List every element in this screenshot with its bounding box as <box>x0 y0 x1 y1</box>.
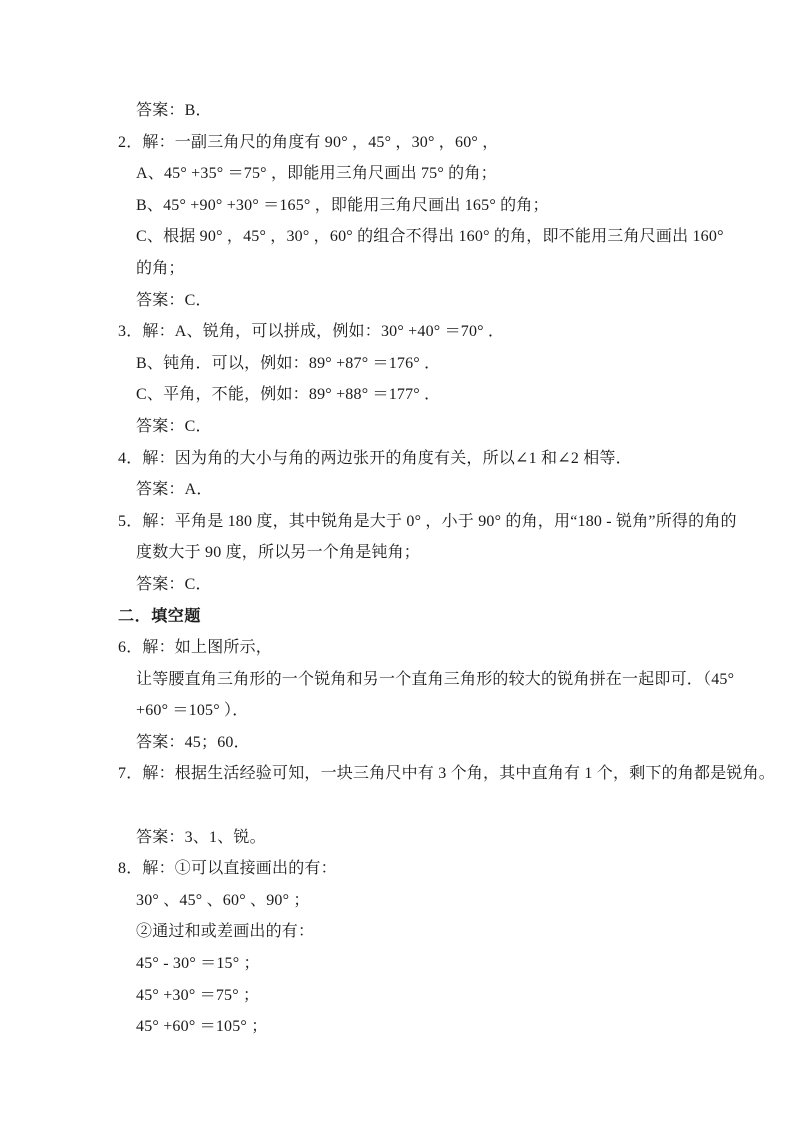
solution-line-q8-sum-diff-intro: ②通过和或差画出的有： <box>0 916 793 948</box>
solution-line-q2-option-b: B、45° +90° +30° ＝165° ，即能用三角尺画出 165° 的角； <box>0 190 793 222</box>
solution-line-q8-intro: 8．解：①可以直接画出的有： <box>0 853 793 885</box>
answer-line-q1: 答案：B． <box>0 95 793 127</box>
answer-line-q7: 答案：3、1、锐。 <box>0 822 793 854</box>
document-content: 答案：B． 2．解：一副三角尺的角度有 90° ，45° ，30° ，60° ，… <box>0 95 793 1043</box>
solution-line-q2-option-c: C、根据 90° ，45° ，30° ，60° 的组合不得出 160° 的角，即… <box>0 221 793 253</box>
solution-line-q5-cont: 度数大于 90 度，所以另一个角是钝角； <box>0 537 793 569</box>
answer-line-q3: 答案：C． <box>0 411 793 443</box>
solution-line-q4: 4．解：因为角的大小与角的两边张开的角度有关，所以∠1 和∠2 相等． <box>0 443 793 475</box>
solution-line-q8-direct-angles: 30° 、45° 、60° 、90° ； <box>0 885 793 917</box>
solution-line-q6-cont1: 让等腰直角三角形的一个锐角和另一个直角三角形的较大的锐角拼在一起即可．（45° <box>0 664 793 696</box>
solution-line-q8-eq3: 45° +60° ＝105° ； <box>0 1011 793 1043</box>
answer-line-q4: 答案：A． <box>0 474 793 506</box>
section-heading-fill-in-blanks: 二．填空题 <box>0 601 793 633</box>
solution-line-q5: 5．解：平角是 180 度，其中锐角是大于 0° ，小于 90° 的角，用“18… <box>0 506 793 538</box>
solution-line-q3-option-c: C、平角，不能，例如：89° +88° ＝177° ． <box>0 379 793 411</box>
solution-line-q2-option-a: A、45° +35° ＝75° ，即能用三角尺画出 75° 的角； <box>0 158 793 190</box>
solution-line-q2-option-c-cont: 的角； <box>0 253 793 285</box>
solution-line-q2-intro: 2．解：一副三角尺的角度有 90° ，45° ，30° ，60° ， <box>0 127 793 159</box>
solution-line-q8-eq2: 45° +30° ＝75° ； <box>0 980 793 1012</box>
solution-line-q6-cont2: +60° ＝105° ）． <box>0 695 793 727</box>
solution-line-q7: 7．解：根据生活经验可知，一块三角尺中有 3 个角，其中直角有 1 个，剩下的角… <box>0 758 793 790</box>
blank-line <box>0 790 793 822</box>
solution-line-q6-intro: 6．解：如上图所示， <box>0 632 793 664</box>
answer-line-q6: 答案：45；60． <box>0 727 793 759</box>
solution-line-q3-option-a: 3．解：A、锐角，可以拼成，例如：30° +40° ＝70° ． <box>0 316 793 348</box>
solution-line-q3-option-b: B、钝角．可以，例如：89° +87° ＝176° ． <box>0 348 793 380</box>
answer-line-q2: 答案：C． <box>0 285 793 317</box>
document-page: 答案：B． 2．解：一副三角尺的角度有 90° ，45° ，30° ，60° ，… <box>0 0 793 1122</box>
answer-line-q5: 答案：C． <box>0 569 793 601</box>
solution-line-q8-eq1: 45° - 30° ＝15° ； <box>0 948 793 980</box>
